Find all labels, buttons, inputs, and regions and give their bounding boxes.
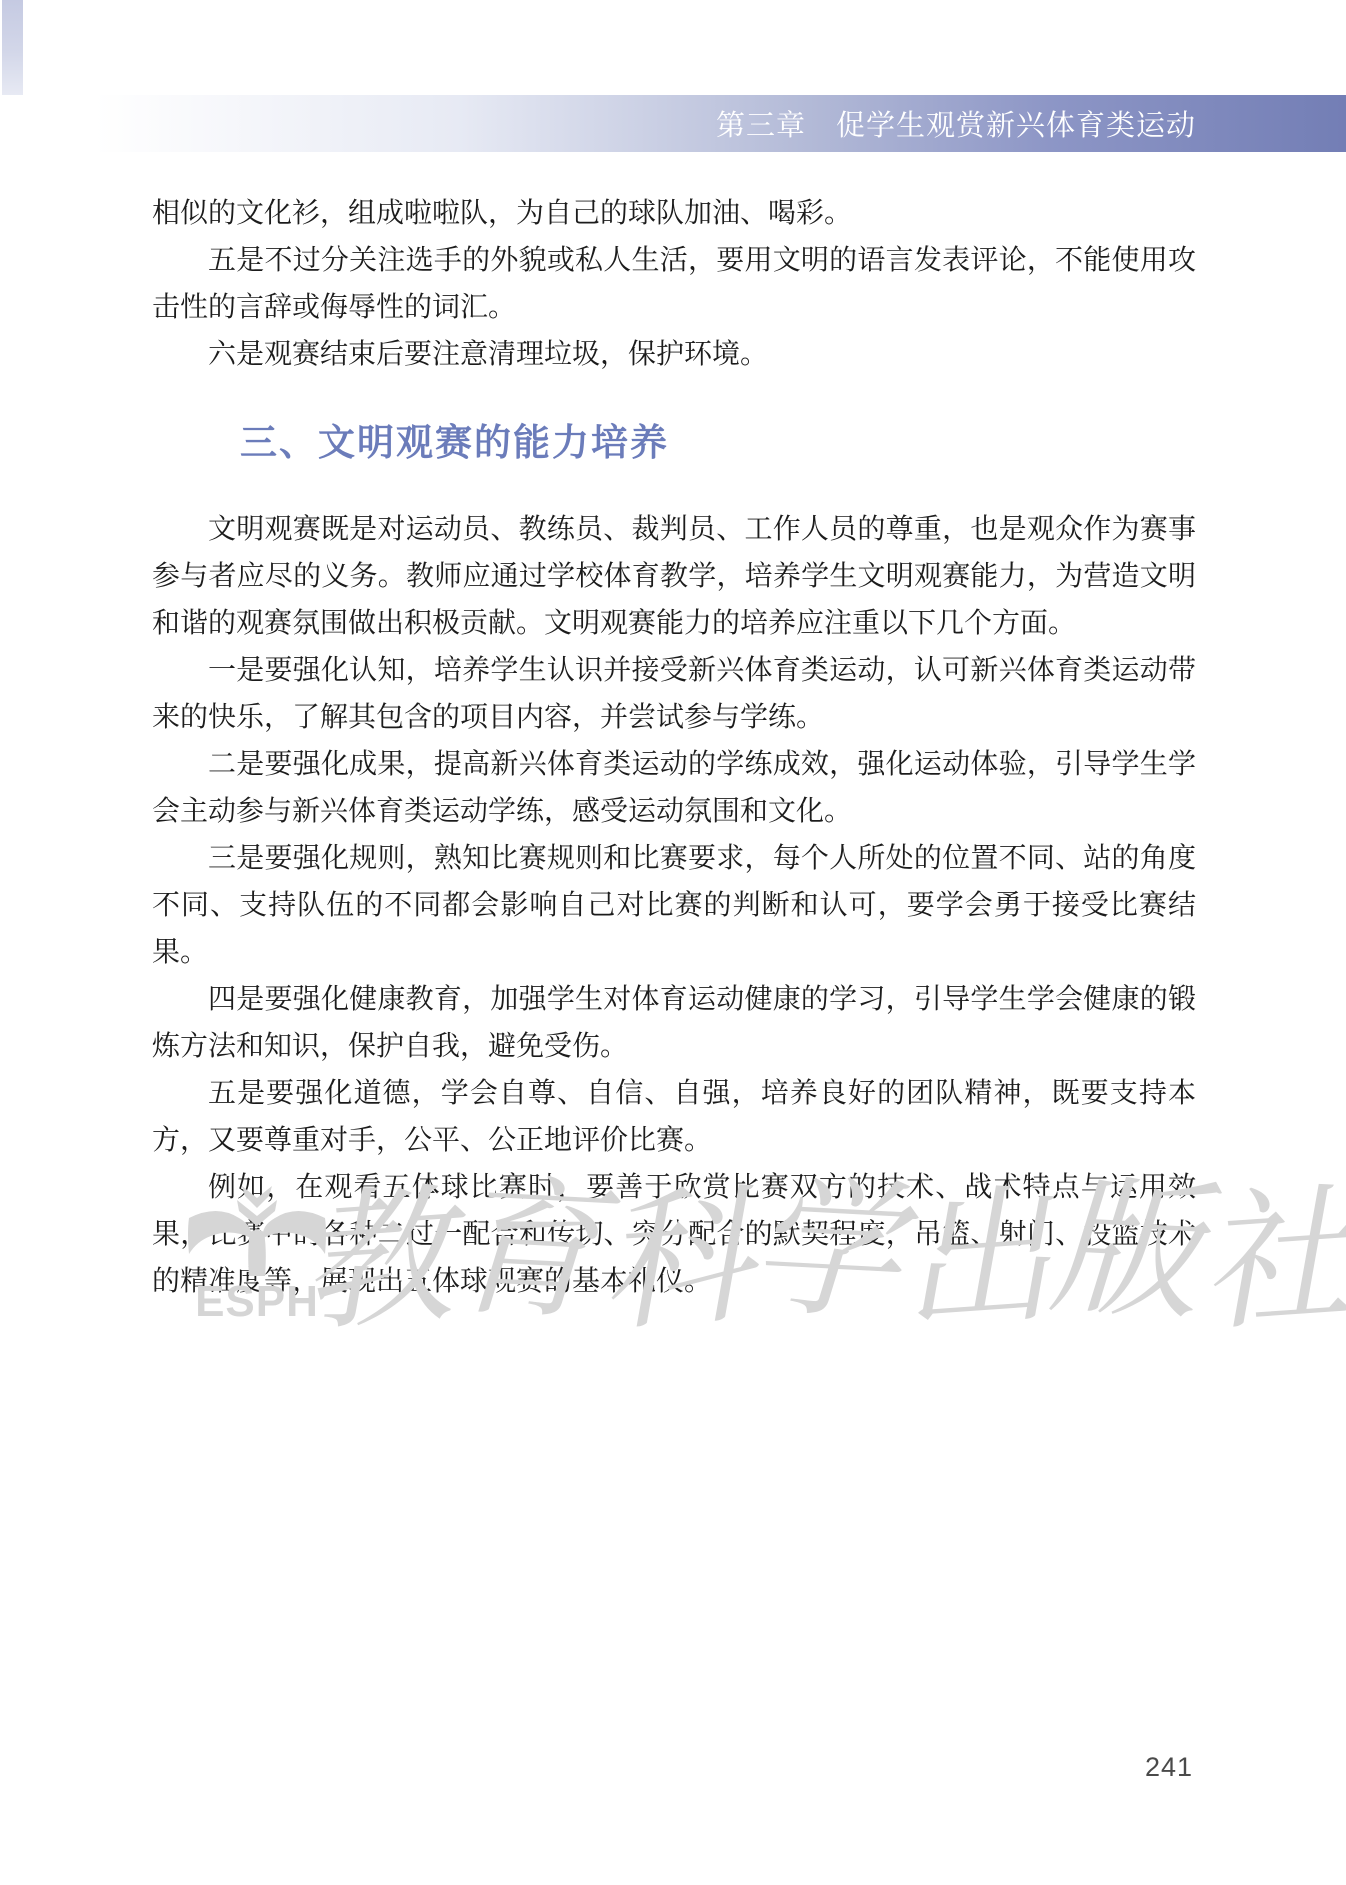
chapter-header-text: 第三章 促学生观赏新兴体育类运动 [716,103,1346,144]
book-page: 第三章 促学生观赏新兴体育类运动 相似的文化衫，组成啦啦队，为自己的球队加油、喝… [0,0,1346,1885]
intro-paragraphs: 相似的文化衫，组成啦啦队，为自己的球队加油、喝彩。五是不过分关注选手的外貌或私人… [152,190,1196,378]
chapter-header-band: 第三章 促学生观赏新兴体育类运动 [0,95,1346,152]
paragraph: 二是要强化成果，提高新兴体育类运动的学练成效，强化运动体验，引导学生学会主动参与… [152,741,1196,835]
paragraph: 五是不过分关注选手的外貌或私人生活，要用文明的语言发表评论，不能使用攻击性的言辞… [152,237,1196,331]
chapter-spacer [806,110,836,142]
paragraph: 相似的文化衫，组成啦啦队，为自己的球队加油、喝彩。 [152,190,1196,237]
section-heading: 三、文明观赛的能力培养 [240,418,1196,468]
chapter-title: 促学生观赏新兴体育类运动 [836,110,1196,142]
publisher-character: 社 [1196,1181,1346,1341]
paragraph: 三是要强化规则，熟知比赛规则和比赛要求，每个人所处的位置不同、站的角度不同、支持… [152,835,1196,976]
page-number: 241 [1145,1752,1193,1783]
paragraph: 五是要强化道德，学会自尊、自信、自强，培养良好的团队精神，既要支持本方，又要尊重… [152,1070,1196,1164]
section-paragraphs: 文明观赛既是对运动员、教练员、裁判员、工作人员的尊重，也是观众作为赛事参与者应尽… [152,506,1196,1305]
paragraph: 六是观赛结束后要注意清理垃圾，保护环境。 [152,331,1196,378]
paragraph: 四是要强化健康教育，加强学生对体育运动健康的学习，引导学生学会健康的锻炼方法和知… [152,976,1196,1070]
chapter-number: 第三章 [716,110,806,142]
body-text: 相似的文化衫，组成啦啦队，为自己的球队加油、喝彩。五是不过分关注选手的外貌或私人… [152,190,1196,1305]
paragraph: 例如，在观看五体球比赛时，要善于欣赏比赛双方的技术、战术特点与运用效果，比赛中的… [152,1164,1196,1305]
paragraph: 文明观赛既是对运动员、教练员、裁判员、工作人员的尊重，也是观众作为赛事参与者应尽… [152,506,1196,647]
paragraph: 一是要强化认知，培养学生认识并接受新兴体育类运动，认可新兴体育类运动带来的快乐，… [152,647,1196,741]
